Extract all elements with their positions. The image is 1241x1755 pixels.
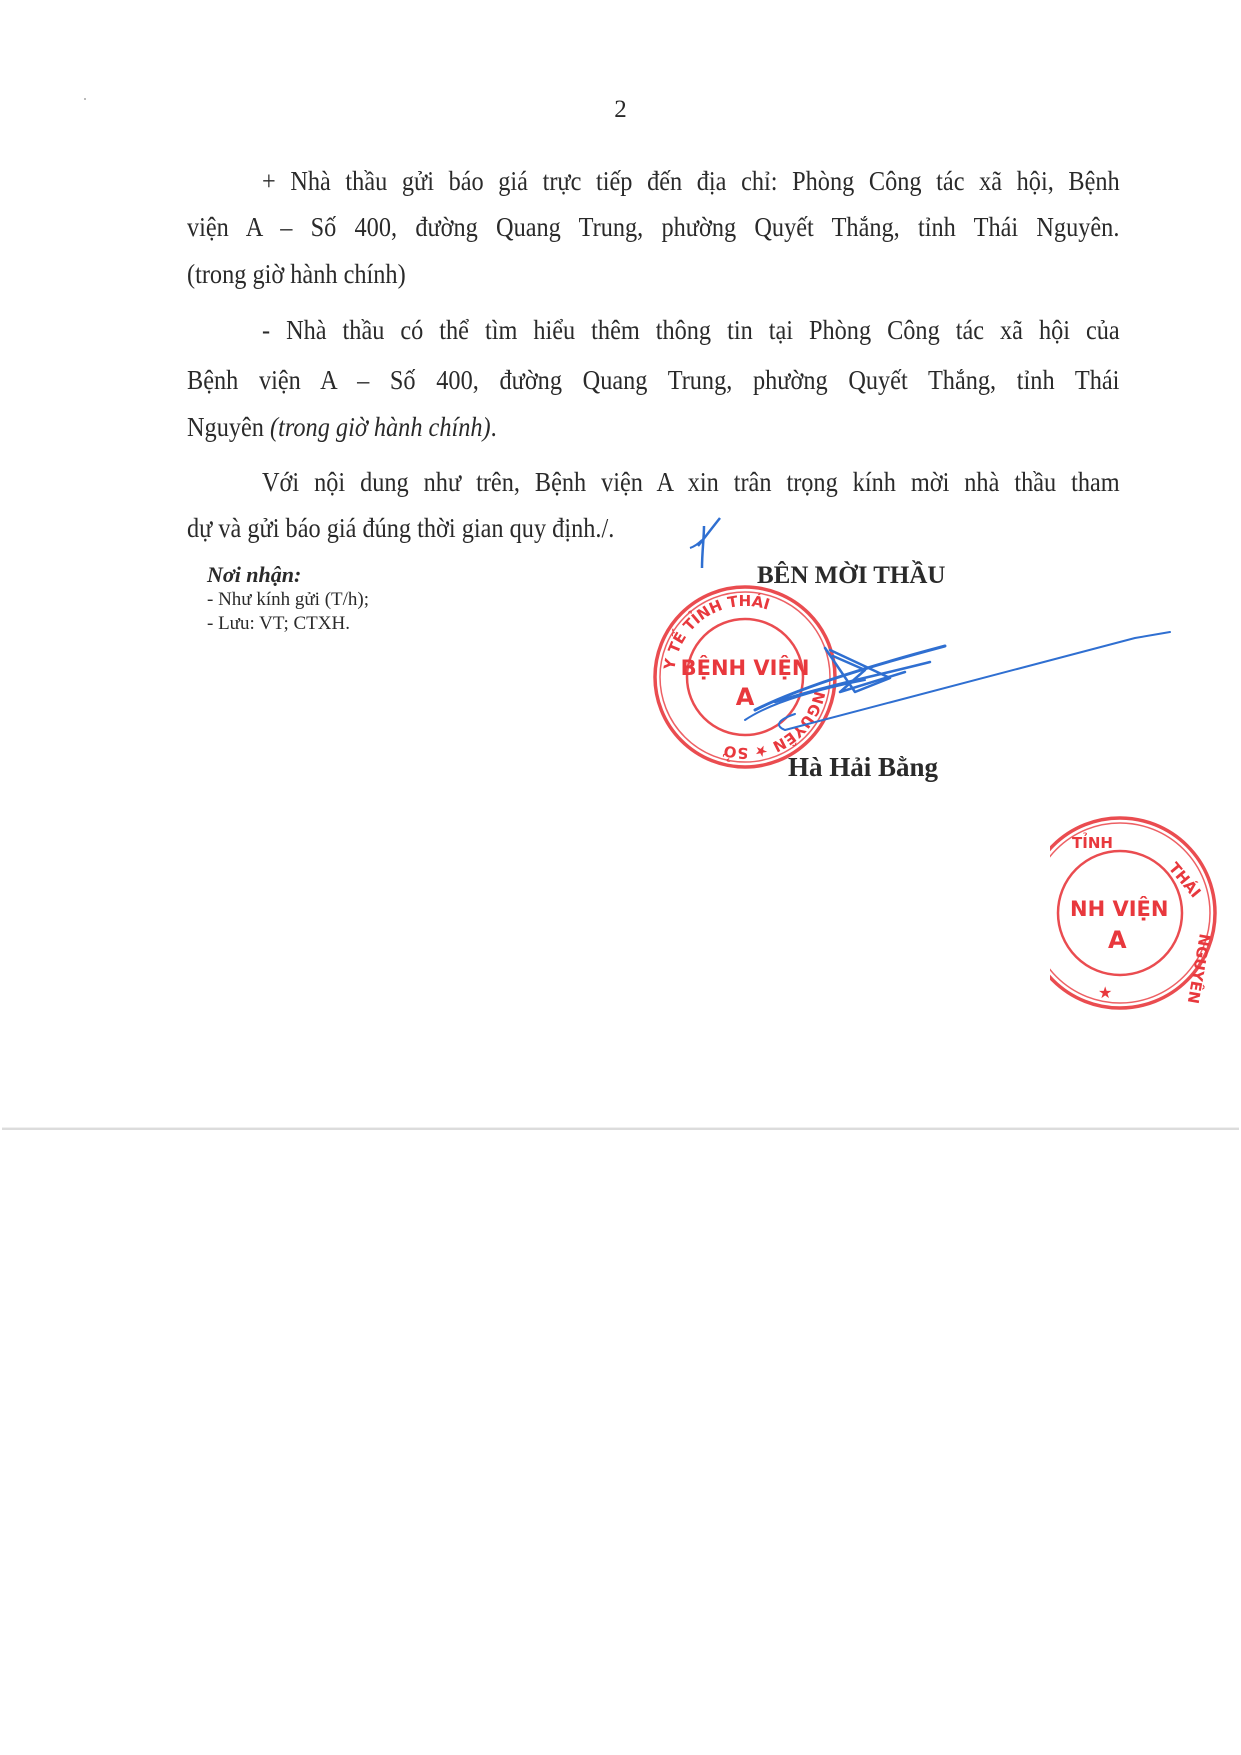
paragraph-2-line-2: Bệnh viện A – Số 400, đường Quang Trung,… xyxy=(187,365,1119,396)
partial-stamp-text-nguyen: NGUYÊN xyxy=(1184,932,1215,1005)
recipient-item: - Như kính gửi (T/h); xyxy=(207,588,369,612)
partial-stamp-text-tinh: TỈNH xyxy=(1072,831,1113,852)
svg-text:★: ★ xyxy=(1098,983,1112,1002)
paragraph-2-line-3-end: . xyxy=(491,412,497,442)
partial-stamp-icon: TỈNH THÁI NGUYÊN NH VIỆN A ★ xyxy=(1050,808,1241,1018)
office-hours-note: (trong giờ hành chính) xyxy=(270,412,491,442)
page-number: 2 xyxy=(0,96,1241,124)
partial-stamp-center-line-1: NH VIỆN xyxy=(1070,895,1168,921)
handwritten-signature-icon xyxy=(715,630,1175,750)
paragraph-3-line-1: Với nội dung như trên, Bệnh viện A xin t… xyxy=(262,467,1120,498)
recipients-block: Nơi nhận: - Như kính gửi (T/h); - Lưu: V… xyxy=(207,562,369,636)
partial-stamp-center-line-2: A xyxy=(1108,926,1127,954)
paragraph-1-line-1: + Nhà thầu gửi báo giá trực tiếp đến địa… xyxy=(262,166,1120,197)
paragraph-2-line-3: Nguyên (trong giờ hành chính). xyxy=(187,412,497,443)
recipient-item: - Lưu: VT; CTXH. xyxy=(207,612,369,636)
paragraph-2-line-3-text: Nguyên xyxy=(187,412,270,442)
signer-name: Hà Hải Bằng xyxy=(788,752,938,783)
recipients-title: Nơi nhận: xyxy=(207,562,369,588)
paragraph-3-line-2: dự và gửi báo giá đúng thời gian quy địn… xyxy=(187,513,614,544)
paragraph-2-line-1: - Nhà thầu có thể tìm hiểu thêm thông ti… xyxy=(262,315,1120,346)
signer-role: BÊN MỜI THẦU xyxy=(757,562,945,590)
page-divider xyxy=(2,1127,1239,1130)
initials-mark-icon xyxy=(688,516,728,570)
paragraph-1-line-3: (trong giờ hành chính) xyxy=(187,259,406,290)
paragraph-1-line-2: viện A – Số 400, đường Quang Trung, phườ… xyxy=(187,212,1119,243)
